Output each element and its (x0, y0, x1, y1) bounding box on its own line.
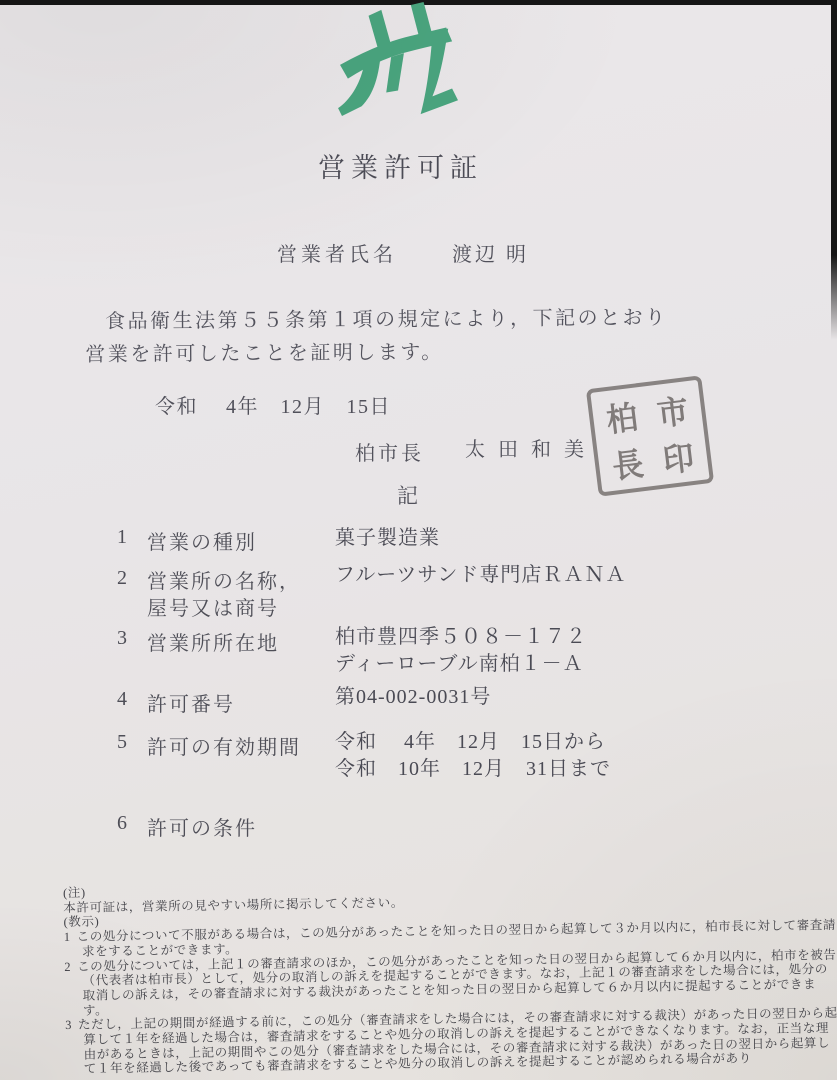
item-2-label-line2: 屋号又は商号 (147, 592, 279, 621)
item-4-value: 第04-002-0031号 (335, 680, 491, 709)
item-5-value-line2: 令和 10年 12月 31日まで (335, 752, 611, 781)
item-6-label: 許可の条件 (147, 812, 257, 841)
item-1-value: 菓子製造業 (335, 521, 440, 550)
operator-name-label: 営業者氏名 (277, 238, 397, 267)
instruction-1-number: 1 (64, 930, 71, 944)
business-permit-certificate: 営業許可証 営業者氏名 渡辺 明 食品衛生法第５５条第１項の規定により，下記のと… (0, 0, 837, 1080)
issuer-title: 柏市長 (355, 437, 424, 466)
instruction-2-number: 2 (64, 959, 71, 973)
item-3-value-line2: ディーローブル南柏１－Ａ (335, 647, 584, 676)
item-4-label: 許可番号 (147, 688, 235, 717)
item-1-label: 営業の種別 (147, 526, 257, 555)
item-3-label: 営業所所在地 (147, 627, 279, 656)
item-5-value: 令和 4年 12月 15日から (335, 725, 606, 754)
seal-char: 印 (650, 429, 707, 484)
item-6-number: 6 (117, 812, 127, 835)
photo-right-edge (831, 0, 837, 340)
instruction-3: 3ただし，上記の期間が経過する前に，この処分（審査請求をした場合には，その審査請… (65, 1006, 837, 1077)
issuer-name: 太田和美 (465, 433, 597, 462)
instruction-3-number: 3 (65, 1018, 72, 1032)
certification-statement: 食品衛生法第５５条第１項の規定により，下記のとおり 営業を許可したことを証明しま… (85, 302, 668, 372)
instruction-3-text: ただし，上記の期間が経過する前に，この処分（審査請求をした場合には，その審査請求… (78, 1006, 837, 1076)
item-2-number: 2 (117, 567, 127, 590)
item-3-value: 柏市豊四季５０８－１７２ (335, 620, 587, 649)
official-seal-stamp-icon: 柏 市 長 印 (586, 375, 714, 496)
issue-date: 令和 4年 12月 15日 (155, 390, 391, 419)
footnote-block: (注) 本許可証は，営業所の見やすい場所に掲示してください。 (教示) 1この処… (63, 874, 837, 1077)
statement-line-2: 営業を許可したことを証明します。 (85, 335, 668, 372)
item-5-number: 5 (117, 731, 127, 754)
seal-char: 長 (599, 435, 656, 490)
record-marker: 記 (397, 480, 418, 510)
operator-name-value: 渡辺 明 (452, 238, 529, 267)
item-5-label: 許可の有効期間 (147, 731, 301, 760)
document-title: 営業許可証 (318, 146, 483, 185)
item-2-label: 営業所の名称， (147, 565, 301, 594)
kashiwa-city-emblem-icon (336, 2, 464, 118)
item-4-number: 4 (117, 688, 127, 711)
statement-line-1: 食品衛生法第５５条第１項の規定により，下記のとおり (85, 302, 668, 339)
item-3-number: 3 (117, 627, 127, 650)
item-1-number: 1 (117, 526, 127, 549)
item-2-value: フルーツサンド専門店ＲＡＮＡ (335, 558, 626, 587)
